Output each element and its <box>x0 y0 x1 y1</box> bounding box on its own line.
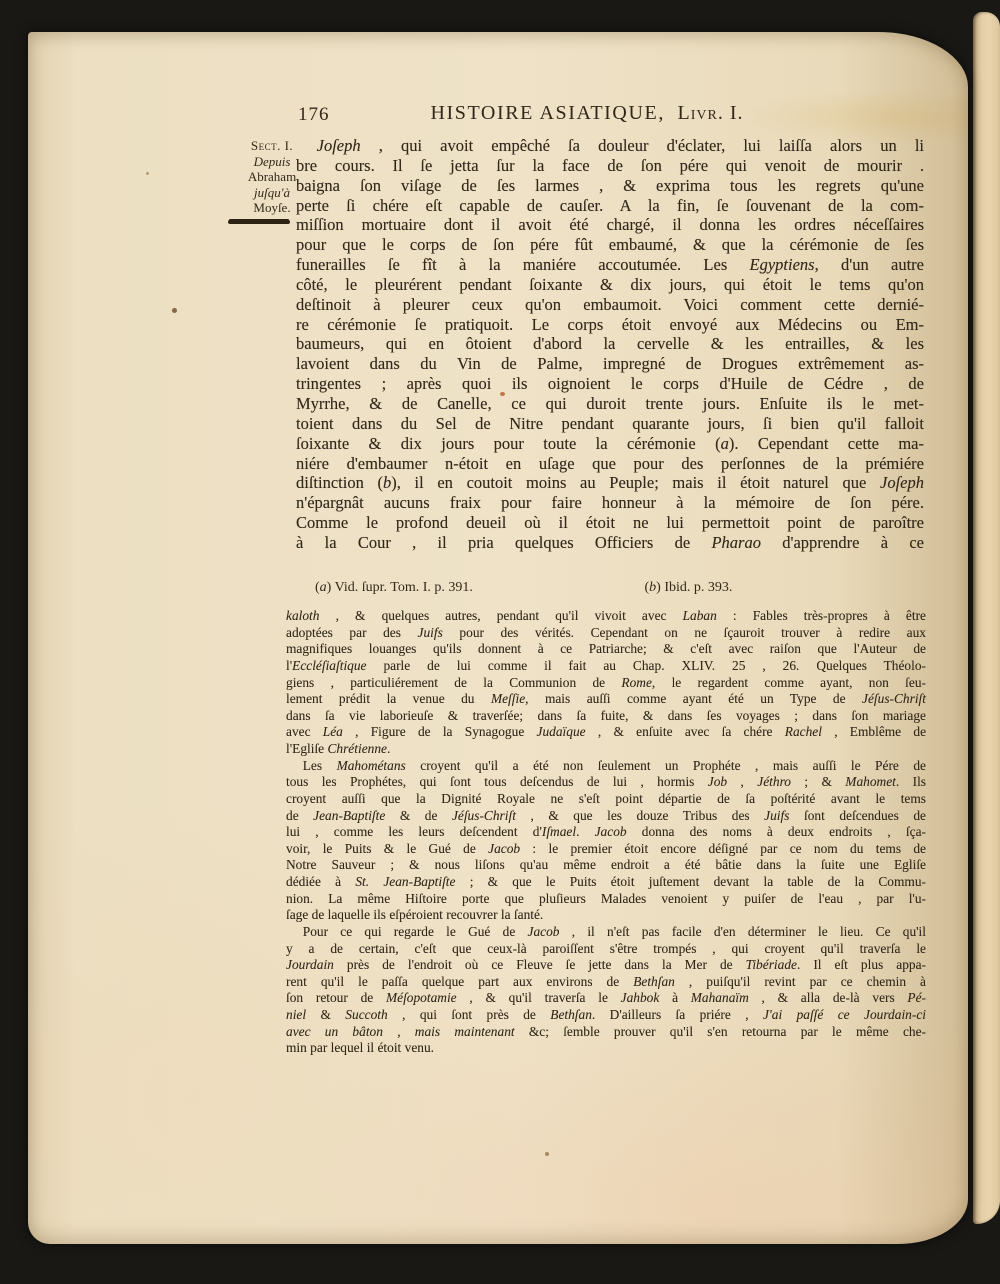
footnote-a: (a) Vid. ſupr. Tom. I. p. 391. <box>315 580 641 596</box>
text-line: rent qu'il le paſſa quelque part aux env… <box>286 974 926 991</box>
section-rule <box>228 220 290 224</box>
text-line: niére d'embaumer n-étoit en uſage que po… <box>296 454 924 474</box>
text-line: funerailles ſe fît à la maniére accoutum… <box>296 255 924 275</box>
text-line: Comme le profond deueil où il étoit ne l… <box>296 513 924 533</box>
text-line: dédiée à St. Jean-Baptiſte ; & que le Pu… <box>286 874 926 891</box>
book-page: 176 HISTOIRE ASIATIQUE, Livr. I. Sect. I… <box>28 32 968 1244</box>
text-line: kaloth , & quelques autres, pendant qu'i… <box>286 608 926 625</box>
text-line: niel & Succoth , qui ſont près de Bethſa… <box>286 1007 926 1024</box>
footnotes: (a) Vid. ſupr. Tom. I. p. 391. (b) Ibid.… <box>315 580 915 596</box>
text-line: croyent auſſi que la Dignité Royale ne s… <box>286 791 926 808</box>
text-line: Notre Sauveur ; & nous liſons qu'au même… <box>286 857 926 874</box>
text-line: tringentes ; après quoi ils oignoient le… <box>296 374 924 394</box>
text-line: tous les Prophétes, qui ſont tous deſcen… <box>286 774 926 791</box>
page-speck <box>545 1152 549 1156</box>
text-line: l'Eccléſiaſtique parle de lui comme il f… <box>286 658 926 675</box>
text-line: avec un bâton , mais maintenant &c; ſemb… <box>286 1024 926 1041</box>
text-line: giens , particuliérement de la Communion… <box>286 675 926 692</box>
text-line: baumeurs, qui en ôtoient d'abord la cerv… <box>296 334 924 354</box>
text-line: pour que le corps de ſon pére fût embaum… <box>296 235 924 255</box>
text-line: min par lequel il étoit venu. <box>286 1040 926 1057</box>
scanned-book-page: 176 HISTOIRE ASIATIQUE, Livr. I. Sect. I… <box>0 0 1000 1284</box>
text-line: baigna ſon viſage de ſes larmes , & expr… <box>296 176 924 196</box>
text-line: ſoixante & dix jours pour toute la cérém… <box>296 434 924 454</box>
text-line: nion. La même Hiſtoire porte que pluſieu… <box>286 891 926 908</box>
next-page-edge <box>973 12 1000 1224</box>
text-line: bre cours. Il ſe jetta ſur la face de ſo… <box>296 156 924 176</box>
text-line: n'épargnât aucuns fraix pour faire honne… <box>296 493 924 513</box>
footnote-b: (b) Ibid. p. 393. <box>645 580 733 595</box>
text-line: voir, le Puits & le Gué de Jacob : le pr… <box>286 841 926 858</box>
text-line: deſtinoit à pleurer ceux qu'on embaumoit… <box>296 295 924 315</box>
body-text: Joſeph , qui avoit empêché ſa douleur d'… <box>296 136 924 553</box>
text-line: l'Egliſe Chrétienne. <box>286 741 926 758</box>
text-line: ſage de laquelle ils eſpéroient recouvre… <box>286 907 926 924</box>
text-line: adoptées par des Juifs pour des vérités.… <box>286 625 926 642</box>
text-line: lui , comme les leurs deſcendent d'Iſmae… <box>286 824 926 841</box>
text-line: Joſeph , qui avoit empêché ſa douleur d'… <box>296 136 924 156</box>
text-line: lavoient dans du Vin de Palme, impregné … <box>296 354 924 374</box>
text-line: magnifiques louanges qu'ils donnent à ce… <box>286 641 926 658</box>
text-line: avec Léa , Figure de la Synagogue Judaïq… <box>286 724 926 741</box>
page-speck <box>172 308 177 313</box>
text-line: y a de certain, c'eſt que ceux-là paroiſ… <box>286 941 926 958</box>
text-line: dans ſa vie laborieuſe & traverſée; dans… <box>286 708 926 725</box>
text-line: diſtinction (b), il en coutoit moins au … <box>296 473 924 493</box>
running-title: HISTOIRE ASIATIQUE, Livr. I. <box>287 102 887 125</box>
text-line: de Jean-Baptiſte & de Jéſus-Chriſt , & q… <box>286 808 926 825</box>
text-line: lement prédit la venue du Meſſie, mais a… <box>286 691 926 708</box>
text-line: Myrrhe, & de Canelle, ce qui duroit tren… <box>296 394 924 414</box>
text-line: Les Mahométans croyent qu'il a été non ſ… <box>286 758 926 775</box>
text-line: à la Cour , il pria quelques Officiers d… <box>296 533 924 553</box>
running-title-book: Livr. I. <box>678 102 744 124</box>
text-line: re cérémonie ſe pratiquoit. Le corps éto… <box>296 315 924 335</box>
text-line: Jourdain près de l'endroit où ce Fleuve … <box>286 957 926 974</box>
text-line: perte ſi chére eſt capable de cauſer. A … <box>296 196 924 216</box>
text-line: Pour ce qui regarde le Gué de Jacob , il… <box>286 924 926 941</box>
notes-text: kaloth , & quelques autres, pendant qu'i… <box>286 608 926 1057</box>
text-line: ſon retour de Méſopotamie , & qu'il trav… <box>286 990 926 1007</box>
text-line: toient dans du Sel de Nitre pendant quar… <box>296 414 924 434</box>
running-title-main: HISTOIRE ASIATIQUE, <box>430 102 664 124</box>
text-line: miſſion mortuaire dont il avoit été char… <box>296 215 924 235</box>
page-speck <box>146 172 149 175</box>
text-line: côté, le pleurérent pendant ſoixante & d… <box>296 275 924 295</box>
